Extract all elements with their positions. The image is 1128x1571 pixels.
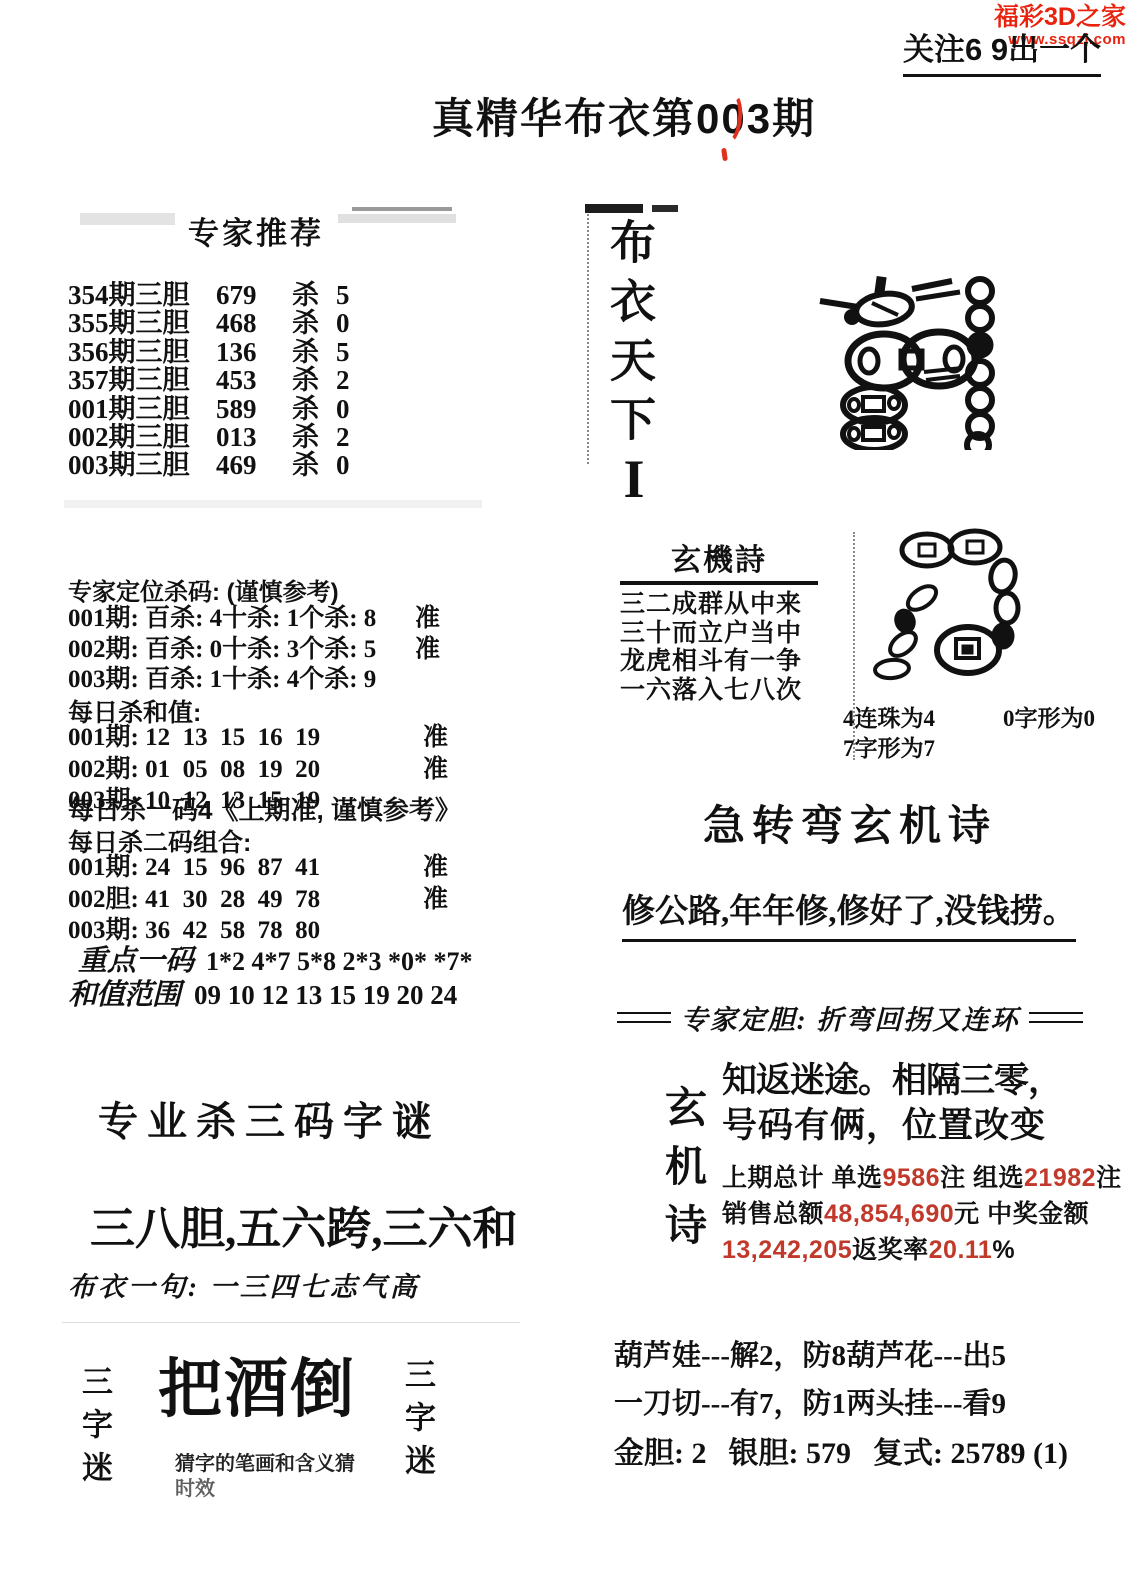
table-row: 002期三胆013杀2 <box>68 423 368 451</box>
scan-smudge <box>352 207 452 211</box>
accuracy-mark: 准 <box>423 884 448 916</box>
stats-label: 销售总额 <box>722 1200 824 1228</box>
kill-value: 5 <box>336 281 368 309</box>
kill-label: 杀 <box>292 366 336 394</box>
expert-dan-header: 专家定胆: 折弯回拐又连环 <box>600 998 1100 1037</box>
scan-smudge <box>62 1322 520 1323</box>
gourd-row-3: 金胆: 2 银胆: 579 复式: 25789 (1) <box>614 1428 1068 1472</box>
kill-value: 5 <box>336 338 368 366</box>
period-label: 002期三胆 <box>68 423 216 451</box>
kill-value: 2 <box>336 366 368 394</box>
xuanji-poem-box: 玄機詩 三二成群从中来 三十而立户当中 龙虎相斗有一争 一六落入七八次 <box>620 535 818 705</box>
gourd-item: 葫芦娃---解2，防8 <box>614 1333 846 1374</box>
table-row: 354期三胆679杀5 <box>68 281 368 309</box>
kill-value: 0 <box>336 309 368 337</box>
riddle-line: 三八胆,五六跨,三六和 <box>90 1192 518 1257</box>
gourd-item: 一刀切---有7，防1 <box>614 1381 846 1422</box>
stats-label: 返奖率 <box>852 1236 929 1264</box>
dan-code: 136 <box>216 338 292 366</box>
xuanji-poem-lines: 三二成群从中来 三十而立户当中 龙虎相斗有一争 一六落入七八次 <box>620 591 818 705</box>
scan-smudge <box>80 213 175 225</box>
stats-value: 21982 <box>1024 1164 1096 1192</box>
kill-label: 杀 <box>292 281 336 309</box>
three-word-label-right: 三字迷 <box>395 1358 440 1487</box>
kill-label: 杀 <box>292 451 336 479</box>
buyi-tianxia-number: I <box>612 448 656 510</box>
dan-code: 679 <box>216 281 292 309</box>
poem-line: 三二成群从中来 <box>620 591 818 620</box>
row-text: 002期: 01 05 08 19 20 <box>68 754 320 786</box>
list-item: 002期: 百杀: 0十杀: 3个杀: 5准 <box>68 635 440 666</box>
recommend-table: 354期三胆679杀5 355期三胆468杀0 356期三胆136杀5 357期… <box>68 281 368 480</box>
page: 福彩3D之家 www.ssqzj.com 关注6 9出一个 真精华布衣第003期… <box>0 0 1128 1571</box>
gourd-row-1: 葫芦娃---解2，防8 葫芦花---出5 <box>614 1333 1006 1374</box>
buyi-tianxia-title: 布衣天下 <box>596 218 662 454</box>
xuanji-box-content: 知返迷途。相隔三零， 号码有俩，位置改变 上期总计 单选9586注 组选2198… <box>722 1058 1122 1268</box>
row-text: 001期: 12 13 15 16 19 <box>68 722 320 754</box>
stats-row-2: 销售总额48,854,690元 中奖金额 <box>722 1196 1122 1232</box>
caption-zixing-7: 7字形为7 <box>843 730 935 763</box>
stats-label: 注 组选 <box>940 1164 1024 1192</box>
list-item: 001期: 百杀: 4十杀: 1个杀: 8准 <box>68 604 440 635</box>
poem-line: 三十而立户当中 <box>620 620 818 649</box>
sum-range-label: 和值范围 <box>68 972 180 1013</box>
stats-label: 注 <box>1096 1164 1122 1192</box>
recommend-heading: 专家推荐 <box>188 208 324 253</box>
list-item: 001期: 12 13 15 16 19准 <box>68 722 448 754</box>
daily-kill-one-line: 每日杀一码4《上期准, 谨慎参考》 <box>68 790 461 827</box>
xuanji-poem-heading: 玄機詩 <box>620 535 818 585</box>
poem-line: 龙虎相斗有一争 <box>620 648 818 677</box>
focus-note: 关注6 9出一个 <box>903 24 1101 77</box>
kill-label: 杀 <box>292 309 336 337</box>
stats-value: 9586 <box>882 1164 940 1192</box>
kill-label: 杀 <box>292 423 336 451</box>
list-item: 002期: 01 05 08 19 20准 <box>68 754 448 786</box>
stats-label: 元 中奖金额 <box>954 1200 1089 1228</box>
position-kill-heading: 专家定位杀码: (谨慎参考) <box>68 572 339 607</box>
gourd-item: 两头挂---看9 <box>847 1381 1006 1422</box>
kill-label: 杀 <box>292 395 336 423</box>
table-row: 356期三胆136杀5 <box>68 338 368 366</box>
stats-value: 48,854,690 <box>824 1200 954 1228</box>
coin-caption-row: 4连珠为4 0字形为0 <box>843 700 1095 733</box>
dan-code: 469 <box>216 451 292 479</box>
period-label: 001期三胆 <box>68 395 216 423</box>
table-row: 357期三胆453杀2 <box>68 366 368 394</box>
list-item: 001期: 24 15 96 87 41准 <box>68 852 448 884</box>
fushi: 复式: 25789 (1) <box>873 1428 1068 1472</box>
stats-value: 20.11 <box>929 1236 993 1264</box>
double-line-icon <box>617 1012 671 1023</box>
position-kill-rows: 001期: 百杀: 4十杀: 1个杀: 8准 002期: 百杀: 0十杀: 3个… <box>68 604 440 696</box>
dan-code: 589 <box>216 395 292 423</box>
xuanji-box-line1: 知返迷途。相隔三零， <box>722 1058 1122 1104</box>
caption-lianzhu: 4连珠为4 <box>843 700 935 733</box>
dan-code: 453 <box>216 366 292 394</box>
list-item: 003期: 百杀: 1十杀: 4个杀: 9 <box>68 665 440 696</box>
scan-smudge <box>585 204 643 213</box>
gourd-row-2: 一刀切---有7，防1 两头挂---看9 <box>614 1381 1006 1422</box>
gold-dan: 金胆: 2 <box>614 1428 707 1472</box>
xuanji-box-line2: 号码有俩，位置改变 <box>722 1104 1122 1148</box>
page-title: 真精华布衣第003期 <box>432 86 816 146</box>
accuracy-mark: 准 <box>415 635 440 666</box>
period-label: 354期三胆 <box>68 281 216 309</box>
buyi-sentence: 布衣一句: 一三四七志气高 <box>68 1265 420 1304</box>
gourd-item: 葫芦花---出5 <box>847 1333 1006 1374</box>
accuracy-mark: 准 <box>423 852 448 884</box>
list-item: 002胆: 41 30 28 49 78准 <box>68 884 448 916</box>
three-word-label-left: 三字迷 <box>72 1365 117 1494</box>
silver-dan: 银胆: 579 <box>729 1428 852 1472</box>
expert-dan-text: 专家定胆: 折弯回拐又连环 <box>681 998 1020 1037</box>
row-text: 002期: 百杀: 0十杀: 3个杀: 5 <box>68 635 376 666</box>
row-text: 001期: 24 15 96 87 41 <box>68 852 320 884</box>
three-word-answer: 把酒倒 <box>158 1338 356 1430</box>
daily-kill-two-rows: 001期: 24 15 96 87 41准 002胆: 41 30 28 49 … <box>68 852 448 947</box>
divider <box>587 214 589 464</box>
three-word-note-2: 时效 <box>175 1472 215 1501</box>
xuanji-box-side-label: 玄机诗 <box>652 1085 712 1262</box>
row-text: 001期: 百杀: 4十杀: 1个杀: 8 <box>68 604 376 635</box>
accuracy-mark: 准 <box>415 604 440 635</box>
dan-code: 013 <box>216 423 292 451</box>
riddle-heading: 专业杀三码字谜 <box>98 1090 441 1147</box>
scan-smudge <box>64 500 482 508</box>
kill-value: 0 <box>336 395 368 423</box>
double-line-icon <box>1029 1012 1083 1023</box>
accuracy-mark: 准 <box>423 754 448 786</box>
sharp-turn-heading: 急转弯玄机诗 <box>640 793 1060 853</box>
stats-value: 13,242,205 <box>722 1236 852 1264</box>
kill-value: 0 <box>336 451 368 479</box>
scan-smudge <box>652 205 678 212</box>
table-row: 001期三胆589杀0 <box>68 395 368 423</box>
row-text: 003期: 百杀: 1十杀: 4个杀: 9 <box>68 665 376 696</box>
caption-zixing-0: 0字形为0 <box>1003 700 1095 733</box>
dan-code: 468 <box>216 309 292 337</box>
sum-range-values: 09 10 12 13 15 19 20 24 <box>194 980 457 1011</box>
sum-range-row: 和值范围 09 10 12 13 15 19 20 24 <box>68 972 457 1013</box>
stats-row-3: 13,242,205返奖率20.11% <box>722 1232 1122 1268</box>
period-label: 356期三胆 <box>68 338 216 366</box>
kill-value: 2 <box>336 423 368 451</box>
table-row: 355期三胆468杀0 <box>68 309 368 337</box>
coin-chain-icon <box>872 526 1032 686</box>
stats-label: % <box>992 1236 1015 1264</box>
stats-row-1: 上期总计 单选9586注 组选21982注 <box>722 1160 1122 1196</box>
stats-label: 上期总计 单选 <box>722 1164 882 1192</box>
coin-figure-icon <box>812 275 1002 450</box>
table-row: 003期三胆469杀0 <box>68 451 368 479</box>
red-scan-dot-icon <box>721 148 728 162</box>
accuracy-mark: 准 <box>423 722 448 754</box>
period-label: 355期三胆 <box>68 309 216 337</box>
sharp-turn-line: 修公路,年年修,修好了,没钱捞。 <box>622 885 1076 942</box>
row-text: 002胆: 41 30 28 49 78 <box>68 884 320 916</box>
poem-line: 一六落入七八次 <box>620 677 818 706</box>
scan-smudge <box>338 214 456 223</box>
kill-label: 杀 <box>292 338 336 366</box>
period-label: 003期三胆 <box>68 451 216 479</box>
period-label: 357期三胆 <box>68 366 216 394</box>
